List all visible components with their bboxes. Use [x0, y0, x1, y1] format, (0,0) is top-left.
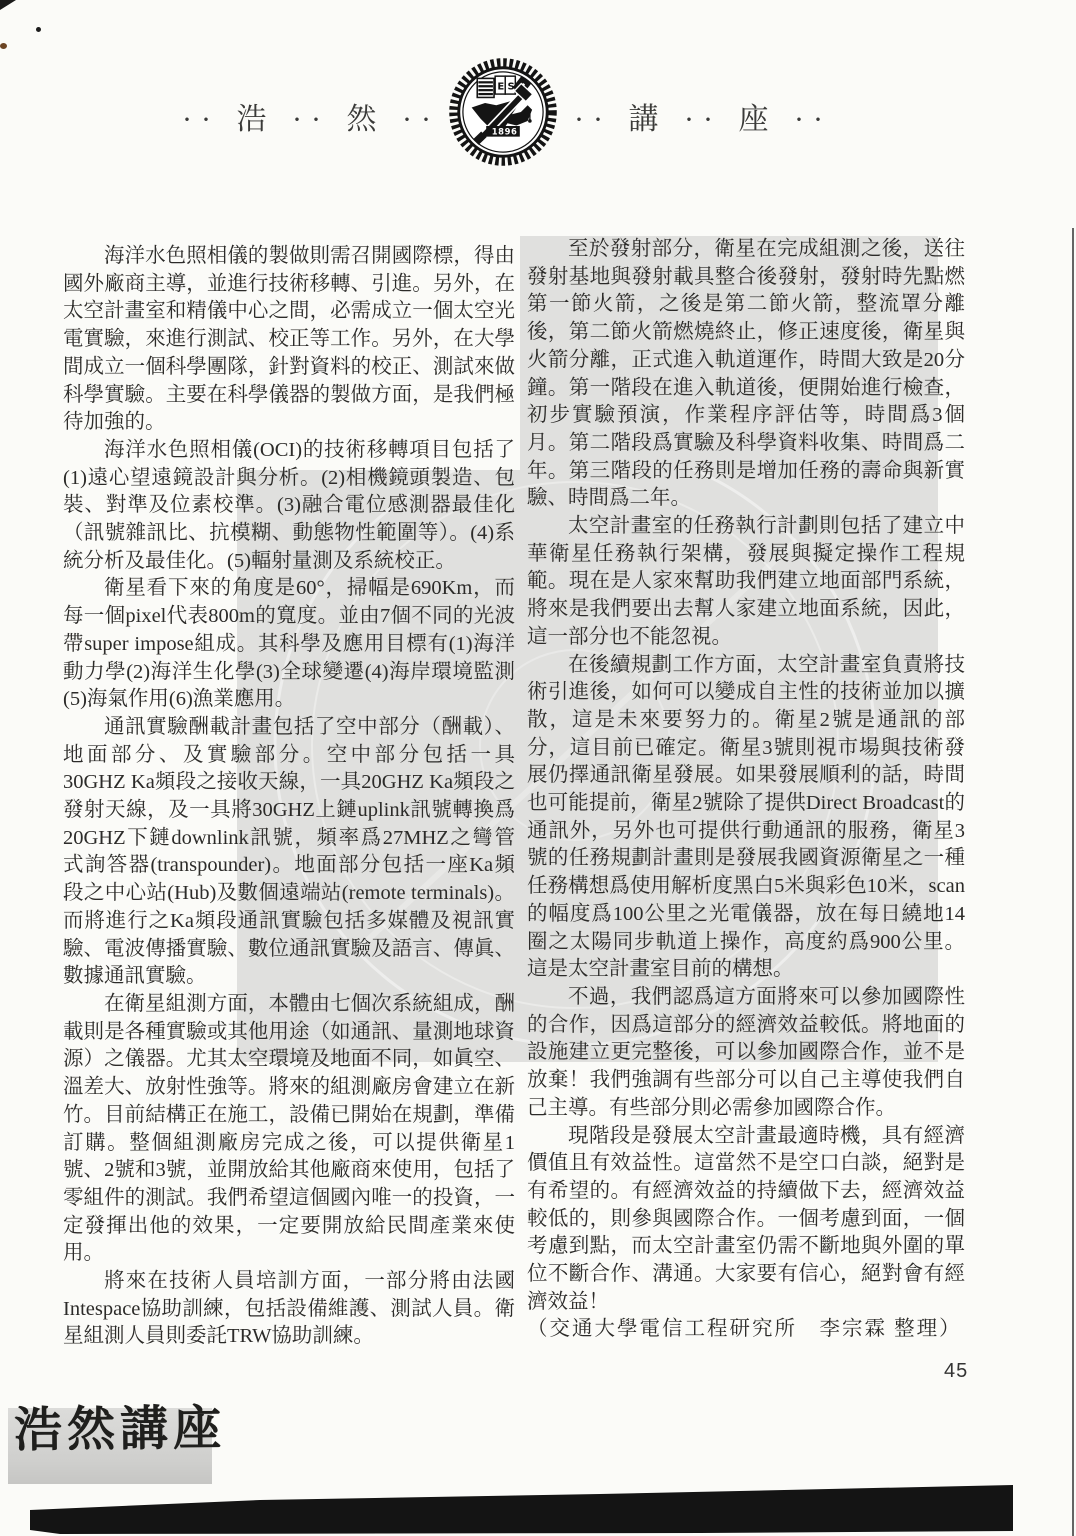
- ledger-block: [477, 78, 494, 97]
- masthead-title-right: ·· 講 ·· 座 ··: [574, 94, 832, 138]
- scanned-document-page: ·· 浩 ·· 然 ·· ·· 講 ·· 座 ·· E S A: [0, 0, 1076, 1536]
- paragraph: 海洋水色照相儀的製做則需召開國際標，得由國外廠商主導，並進行技術移轉、引進。另外…: [63, 243, 515, 437]
- paragraph: 衛星看下來的角度是60°，掃幅是690Km，而每一個pixel代表800m的寬度…: [63, 575, 515, 714]
- paragraph: 在衛星組測方面，本體由七個次系統組成，酬載則是各種實驗或其他用途（如通訊、量測地…: [63, 991, 515, 1268]
- series-stamp-calligraphy: 浩然講座: [14, 1389, 275, 1461]
- byline: （交通大學電信工程研究所 李宗霖 整理）: [527, 1316, 965, 1344]
- paragraph: 在後續規劃工作方面，太空計畫室負責將技術引進後，如何可以變成自主性的技術並加以擴…: [527, 652, 965, 984]
- right-text-column: 至於發射部分，衛星在完成組測之後，送往發射基地與發射載具整合後發射，發射時先點燃…: [527, 236, 965, 1344]
- masthead-title-left: ·· 浩 ·· 然 ··: [182, 94, 440, 138]
- letter-e: E: [497, 82, 504, 93]
- paragraph: 太空計畫室的任務執行計劃則包括了建立中華衛星任務執行架構，發展與擬定操作工程規範…: [527, 513, 965, 652]
- year-label: 1896: [492, 127, 518, 137]
- paragraph: 海洋水色照相儀(OCI)的技術移轉項目包括了(1)遠心望遠鏡設計與分析。(2)相…: [63, 437, 515, 576]
- dust-speck: [0, 43, 7, 49]
- university-gear-emblem: E S A 1896: [447, 56, 559, 168]
- year-banner: 1896: [486, 126, 520, 137]
- dust-speck: [36, 27, 41, 32]
- paragraph: 不過，我們認爲這方面將來可以參加國際性的合作，因爲這部分的經濟效益較低。將地面的…: [527, 984, 965, 1123]
- scan-edge-line: [1072, 228, 1074, 1536]
- paragraph: 將來在技術人員培訓方面，一部分將由法國Intespace協助訓練，包括設備維護、…: [63, 1268, 515, 1351]
- paragraph: 現階段是發展太空計畫最適時機，具有經濟價值且有效益性。這當然不是空口白談，絕對是…: [527, 1123, 965, 1317]
- left-text-column: 海洋水色照相儀的製做則需召開國際標，得由國外廠商主導，並進行技術移轉、引進。另外…: [63, 243, 515, 1351]
- page-number: 45: [944, 1360, 968, 1383]
- paragraph: 至於發射部分，衛星在完成組測之後，送往發射基地與發射載具整合後發射，發射時先點燃…: [527, 236, 965, 513]
- corner-scan-mark: [0, 0, 16, 10]
- paragraph: 通訊實驗酬載計畫包括了空中部分（酬載）、地面部分、及實驗部分。空中部分包括一具3…: [63, 714, 515, 991]
